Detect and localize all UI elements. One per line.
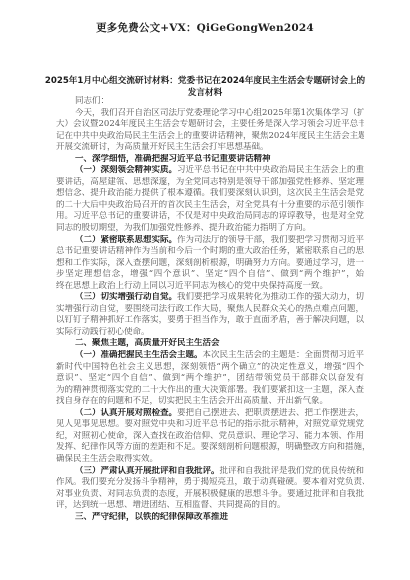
subsection-lead: （二）紧密联系思想实际。 [75,235,177,245]
subsection-lead: （三）严肃认真开展批评和自我批评。 [75,466,220,476]
promo-banner: 更多免费公文+VX：QiGeGongWen2024 [0,20,410,35]
text-line: 对事业负责、对同志负责的态度，开展积极健康的思想斗争。要通过批评和自我批 [56,489,364,501]
title-line-1: 2025年1月中心组交流研讨材料：党委书记在2024年度民主生活会专题研讨会上的 [44,75,366,87]
text-line: 记在中共中央政治局民主生活会上的重要讲话精神，聚焦2024年度民主生活会主题， [56,131,364,143]
section-heading: 三、严守纪律，以铁的纪律保障改革推进 [56,512,364,524]
text-line: （二）紧密联系思想实际。作为司法厅的领导干部，我们要把学习贯彻习近平 [56,235,364,247]
text-line: 作风。我们要充分发扬斗争精神，勇于揭短亮丑，敢于动真碰硬。要本着对党负责、 [56,477,364,489]
text-line: 新时代中国特色社会主义思想，深刻领悟“两个确立”的决定性意义，增强“四个 [56,362,364,374]
text-line: 以钉钉子精神抓好工作落实，要勇于担当作为，敢于直面矛盾，善于解决问题，以 [56,315,364,327]
text-line: 发挥、纪律作风等方面的差距和不足。要深刻剖析问题根源，明确整改方向和措施， [56,442,364,454]
intro-paragraph: 今天，我们召开自治区司法厅党委理论学习中心组2025年第1次集体学习（扩大）会议… [56,108,364,154]
subsection-paragraph: （三）严肃认真开展批评和自我批评。批评和自我批评是我们党的优良传统和作风。我们要… [56,466,364,512]
section: 二、聚焦主题，高质量开好民主生活会（一）准确把握民主生活会主题。本次民主生活会的… [56,338,364,511]
text-line: 要讲话，高屋建瓴、思想深邃，为全党同志特别是领导干部加强党性修养、坚定理 [56,177,364,189]
section: 三、严守纪律，以铁的纪律保障改革推进 [56,512,364,524]
text-line: 总书记重要讲话精神作为当前和今后一个时期的重大政治任务，紧密联系自己的思 [56,246,364,258]
section-heading: 二、聚焦主题，高质量开好民主生活会 [56,338,364,350]
text-line: 今天，我们召开自治区司法厅党委理论学习中心组2025年第1次集体学习（扩 [56,108,364,120]
text-line: 实际行动践行初心使命。 [56,327,364,339]
text-line: 的二十大后中央政治局召开的首次民主生活会，对全党具有十分重要的示范引领作 [56,200,364,212]
subsection-lead: （三）切实增强行动自觉。 [75,292,177,302]
salutation: 同志们： [56,96,364,108]
text-line: （一）深刻领会精神实质。习近平总书记在中共中央政治局民主生活会上的重 [56,165,364,177]
subsection-paragraph: （三）切实增强行动自觉。我们要把学习成果转化为推动工作的强大动力，切实增强行动自… [56,292,364,338]
section: 一、深学细悟，准确把握习近平总书记重要讲话精神（一）深刻领会精神实质。习近平总书… [56,154,364,339]
text-line: 想信念、提升政治能力提供了根本遵循。我们要深刻认识到，这次民主生活会是党 [56,188,364,200]
subsection-paragraph: （二）认真开展对照检查。要把自己摆进去、把职责摆进去、把工作摆进去，见人见事见思… [56,408,364,466]
text-line: 纪，对照初心使命，深入查找在政治信仰、党员意识、理论学习、能力本领、作用 [56,431,364,443]
text-line: 大）会议暨2024年度民主生活会专题研讨会，主要任务是深入学习领会习近平总书 [56,119,364,131]
text-line: 见人见事见思想。要对照党中央和习近平总书记的指示批示精神，对照党章党规党 [56,419,364,431]
subsection-paragraph: （一）深刻领会精神实质。习近平总书记在中共中央政治局民主生活会上的重要讲话，高屋… [56,165,364,234]
text-line: 意识”、坚定“四个自信”、做到“两个维护”，团结带领党员干部群众以奋发有 [56,373,364,385]
subsection-lead: （一）准确把握民主生活会主题。 [75,350,203,360]
subsection-lead: （二）认真开展对照检查。 [75,408,177,418]
text-line: （三）严肃认真开展批评和自我批评。批评和自我批评是我们党的优良传统和 [56,466,364,478]
document-body: 同志们： 今天，我们召开自治区司法厅党委理论学习中心组2025年第1次集体学习（… [56,96,364,523]
text-line: 确保民主生活会取得实效。 [56,454,364,466]
subsection-lead: （一）深刻领会精神实质。 [75,165,177,175]
text-line: （一）准确把握民主生活会主题。本次民主生活会的主题是：全面贯彻习近平 [56,350,364,362]
section-heading: 一、深学细悟，准确把握习近平总书记重要讲话精神 [56,154,364,166]
text-line: （三）切实增强行动自觉。我们要把学习成果转化为推动工作的强大动力，切 [56,292,364,304]
text-line: 评，达到统一思想、增进团结、互相监督、共同提高的目的。 [56,500,364,512]
document-page: 更多免费公文+VX：QiGeGongWen2024 2025年1月中心组交流研讨… [0,0,410,580]
subsection-paragraph: （二）紧密联系思想实际。作为司法厅的领导干部，我们要把学习贯彻习近平总书记重要讲… [56,235,364,293]
text-line: 终在思想上政治上行动上同以习近平同志为核心的党中央保持高度一致。 [56,281,364,293]
text-line: 实增强行动自觉，要围绕司法行政工作大局，聚焦人民群众关心的热点难点问题， [56,304,364,316]
subsection-paragraph: （一）准确把握民主生活会主题。本次民主生活会的主题是：全面贯彻习近平新时代中国特… [56,350,364,408]
text-line: 用。习近平总书记的重要讲话，不仅是对中央政治局同志的谆谆教导，也是对全党 [56,211,364,223]
text-line: 同志的殷切期望，为我们加强党性修养、提升政治能力指明了方向。 [56,223,364,235]
text-line: 步坚定理想信念，增强“四个意识”、坚定“四个自信”、做到“两个维护”，始 [56,269,364,281]
text-line: 找自身存在的问题和不足，切实把民主生活会开出高质量、开出新气象。 [56,396,364,408]
text-line: 想和工作实际，深入查摆问题，深刻剖析根源，明确努力方向。要通过学习，进一 [56,258,364,270]
text-line: 开展交流研讨，为高质量开好民主生活会打牢思想基础。 [56,142,364,154]
sections: 一、深学细悟，准确把握习近平总书记重要讲话精神（一）深刻领会精神实质。习近平总书… [56,154,364,524]
text-line: 为的精神贯彻落实党的二十大作出的重大决策部署。我们要紧扣这一主题，深入查 [56,385,364,397]
text-line: （二）认真开展对照检查。要把自己摆进去、把职责摆进去、把工作摆进去， [56,408,364,420]
